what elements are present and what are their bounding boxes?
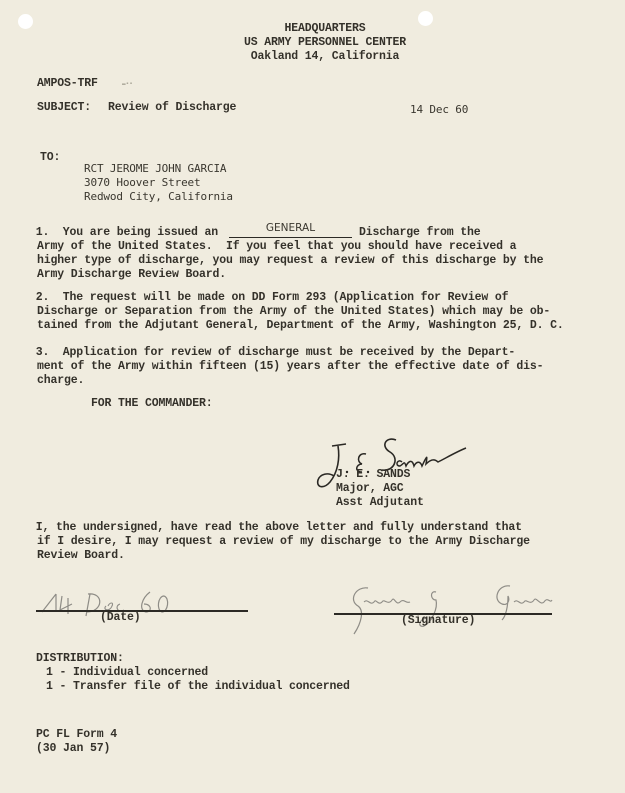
distribution-item-2: 1 - Transfer file of the individual conc… xyxy=(46,680,350,694)
para1-line1-prefix: 1. You are being issued an xyxy=(2,226,218,240)
signature-field-label: (Signature) xyxy=(401,614,475,628)
para2-line2: Discharge or Separation from the Army of… xyxy=(37,305,550,319)
letterhead-line-2: US ARMY PERSONNEL CENTER xyxy=(212,36,438,50)
para3-line3: charge. xyxy=(37,374,84,388)
para1-line2: Army of the United States. If you feel t… xyxy=(37,240,516,254)
discharge-type-underline xyxy=(229,237,352,238)
handwritten-signature-icon xyxy=(334,582,564,638)
address-line-3: Redwod City, California xyxy=(84,190,233,204)
letterhead-line-3: Oakland 14, California xyxy=(212,50,438,64)
form-id-line1: PC FL Form 4 xyxy=(36,728,117,742)
para2-line1: 2. The request will be made on DD Form 2… xyxy=(2,291,508,305)
address-line-1: RCT JEROME JOHN GARCIA xyxy=(84,162,226,176)
faint-stamp-mark: ▬▪▪ xyxy=(122,80,133,87)
office-symbol: AMPOS-TRF xyxy=(37,77,98,91)
ack-line1: I, the undersigned, have read the above … xyxy=(2,521,522,535)
discharge-type-value: GENERAL xyxy=(229,222,352,234)
letter-date: 14 Dec 60 xyxy=(410,103,468,117)
date-field-label: (Date) xyxy=(100,611,141,625)
document-page: HEADQUARTERS US ARMY PERSONNEL CENTER Oa… xyxy=(0,0,625,793)
para1-line1-suffix: Discharge from the xyxy=(359,226,481,240)
letterhead-line-1: HEADQUARTERS xyxy=(212,22,438,36)
punch-hole-left xyxy=(18,14,33,29)
subject-text: Review of Discharge xyxy=(108,101,236,115)
signatory-title: Asst Adjutant xyxy=(336,496,424,510)
ack-line3: Review Board. xyxy=(37,549,125,563)
para3-line1: 3. Application for review of discharge m… xyxy=(2,346,515,360)
signatory-name: J. E. SANDS xyxy=(336,468,410,482)
distribution-label: DISTRIBUTION: xyxy=(36,652,124,666)
subject-label: SUBJECT: xyxy=(37,101,91,115)
para1-line4: Army Discharge Review Board. xyxy=(37,268,226,282)
to-label: TO: xyxy=(40,151,60,165)
ack-line2: if I desire, I may request a review of m… xyxy=(37,535,530,549)
para2-line3: tained from the Adjutant General, Depart… xyxy=(37,319,564,333)
signatory-rank: Major, AGC xyxy=(336,482,404,496)
distribution-item-1: 1 - Individual concerned xyxy=(46,666,208,680)
form-id-line2: (30 Jan 57) xyxy=(36,742,110,756)
date-line xyxy=(36,610,248,612)
address-line-2: 3070 Hoover Street xyxy=(84,176,201,190)
for-the-commander: FOR THE COMMANDER: xyxy=(91,397,213,411)
para1-line3: higher type of discharge, you may reques… xyxy=(37,254,543,268)
para3-line2: ment of the Army within fifteen (15) yea… xyxy=(37,360,543,374)
